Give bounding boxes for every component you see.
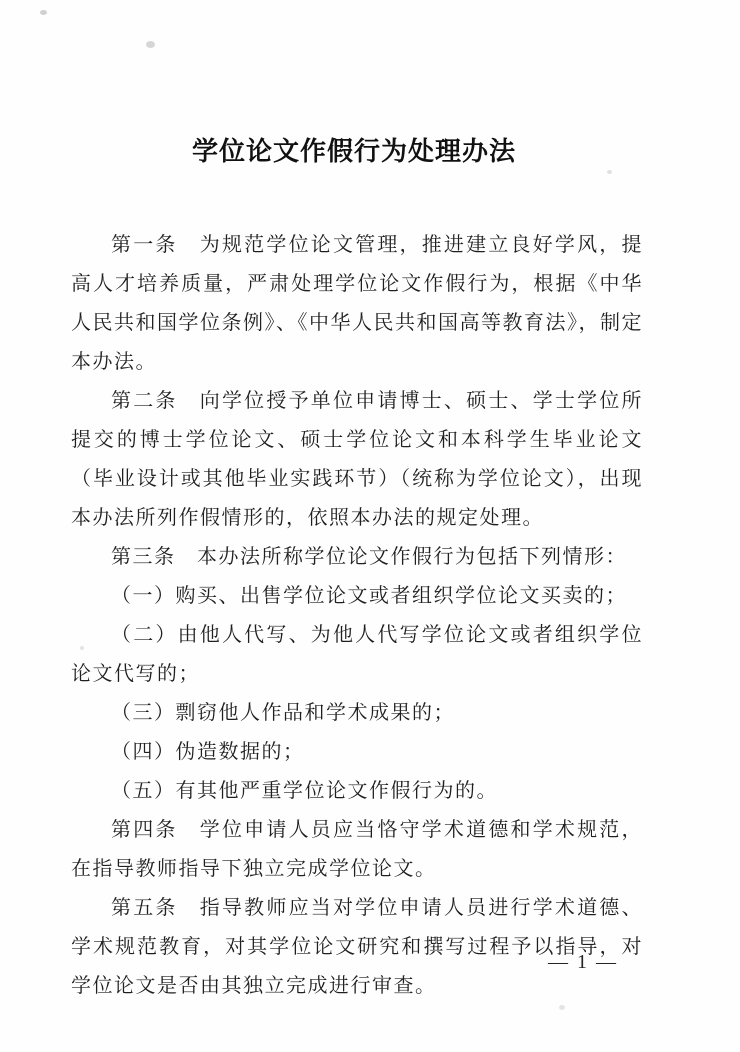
- paragraph-item-1: （一）购买、出售学位论文或者组织学位论文买卖的；: [71, 577, 643, 616]
- scanned-document-page: 学位论文作假行为处理办法 第一条 为规范学位论文管理，推进建立良好学风，提高人才…: [0, 0, 740, 1052]
- scan-speck: [80, 646, 84, 650]
- scan-speck: [559, 1005, 565, 1010]
- scan-speck: [146, 41, 155, 48]
- paragraph-item-4: （四）伪造数据的；: [71, 733, 643, 772]
- paragraph-article-5: 第五条 指导教师应当对学位申请人员进行学术道德、学术规范教育，对其学位论文研究和…: [71, 889, 643, 1006]
- paragraph-item-5: （五）有其他严重学位论文作假行为的。: [71, 772, 643, 811]
- document-title: 学位论文作假行为处理办法: [0, 134, 708, 168]
- paragraph-article-1: 第一条 为规范学位论文管理，推进建立良好学风，提高人才培养质量，严肃处理学位论文…: [71, 226, 643, 382]
- paragraph-article-4: 第四条 学位申请人员应当恪守学术道德和学术规范，在指导教师指导下独立完成学位论文…: [71, 811, 643, 889]
- document-body: 第一条 为规范学位论文管理，推进建立良好学风，提高人才培养质量，严肃处理学位论文…: [71, 226, 643, 1006]
- paragraph-article-3: 第三条 本办法所称学位论文作假行为包括下列情形：: [71, 538, 643, 577]
- scan-speck: [607, 170, 612, 174]
- page-number: — 1 —: [548, 951, 618, 974]
- paragraph-item-2: （二）由他人代写、为他人代写学位论文或者组织学位论文代写的；: [71, 616, 643, 694]
- paragraph-item-3: （三）剽窃他人作品和学术成果的；: [71, 694, 643, 733]
- scan-speck: [40, 10, 47, 15]
- paragraph-article-2: 第二条 向学位授予单位申请博士、硕士、学士学位所提交的博士学位论文、硕士学位论文…: [71, 382, 643, 538]
